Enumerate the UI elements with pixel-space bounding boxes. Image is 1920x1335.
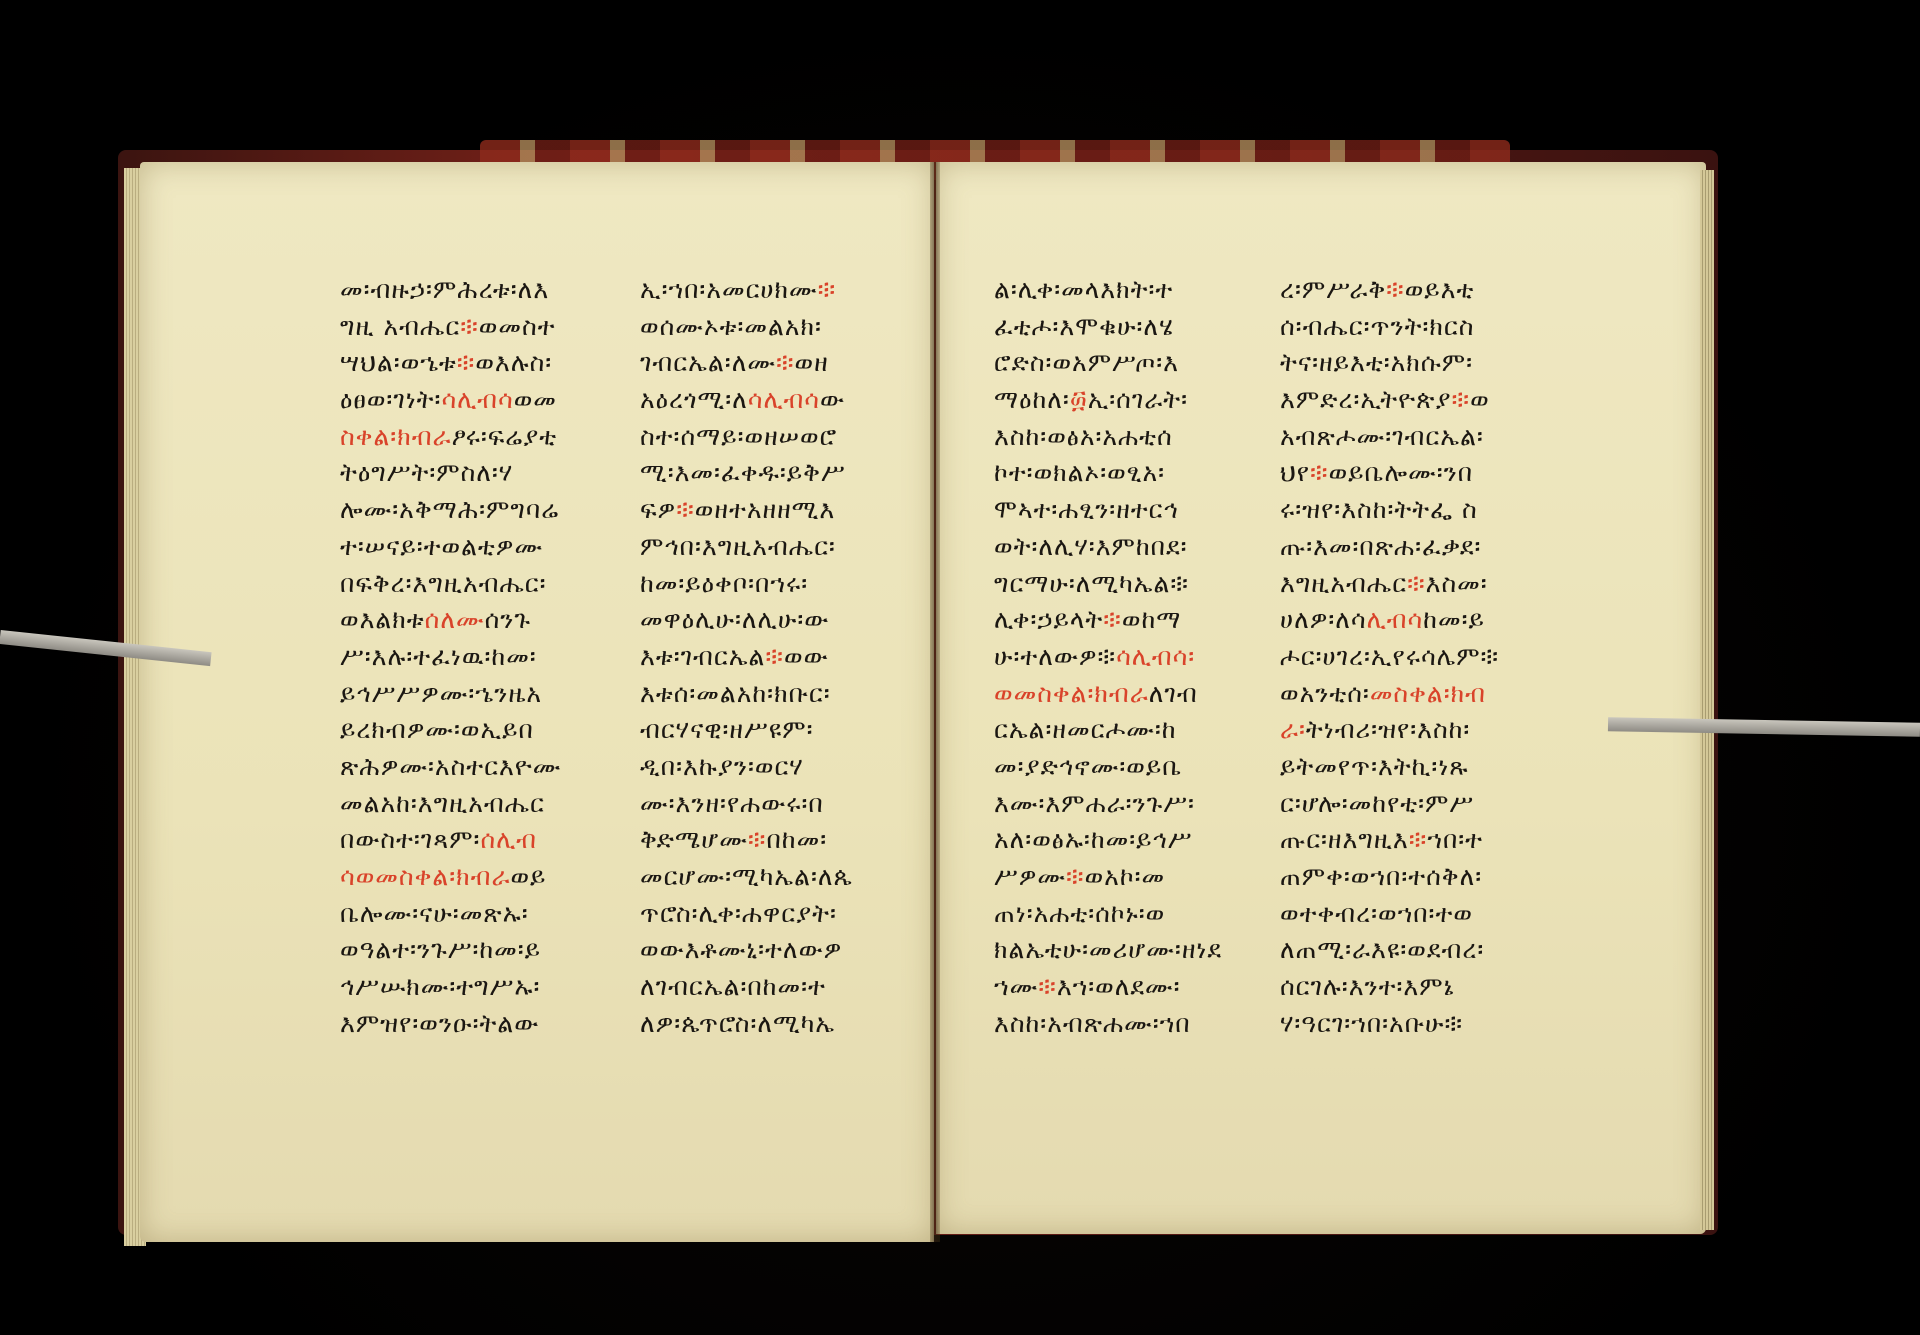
rubric-text: ፨: [676, 495, 695, 524]
line-text: በውስተ፡ገጻም፡: [340, 825, 480, 854]
manuscript-line: ገብርኤል፡ለሙ፨ወዘ: [640, 345, 853, 382]
manuscript-line: ሰርገሉ፡እንተ፡እምኔ: [1280, 969, 1499, 1006]
line-text: ስተ፡ሰማይ፡ወዘሠወሮ: [640, 422, 837, 451]
manuscript-line: ኀሙ፨እኀ፡ወለደሙ፡: [994, 969, 1222, 1006]
manuscript-line: ኅሥሡክሙ፡ተግሥኡ፡: [340, 969, 561, 1006]
line-text: ሰ፡ብሔር፡ጥንት፡ክርስ: [1280, 312, 1474, 341]
rubric-text: ሰለሙ: [425, 605, 485, 634]
line-text: እኀ፡ወለደሙ፡: [1057, 972, 1181, 1001]
rubric-text: ፨: [1103, 605, 1122, 634]
line-text: እቱ፡ገብርኤል: [640, 642, 765, 671]
line-text: ሃ፡ዓርገ፡ኀበ፡አቡሁ፨: [1280, 1009, 1463, 1038]
rubric-text: ወመስቀል፡ክብራ: [994, 679, 1149, 708]
line-text: ወይ: [510, 862, 546, 891]
line-text: ኮተ፡ወክልኦ፡ወፂአ፡: [994, 458, 1165, 487]
line-text: እቱሰ፡መልአከ፡ክቡር፡: [640, 679, 831, 708]
line-text: አለ፡ወፅኡ፡ከመ፡ይኅሥ: [994, 825, 1193, 854]
manuscript-line: ረ፡ምሥራቅ፨ወይእቲ: [1280, 272, 1499, 309]
manuscript-line: ሮድስ፡ወአምሥጦ፡እ: [994, 345, 1222, 382]
rubric-text: ፨: [1407, 569, 1426, 598]
manuscript-line: ጡር፡ዘእግዚእ፨ኀበ፡ተ: [1280, 822, 1499, 859]
rubric-text: ፨: [818, 275, 837, 304]
rubric-text: ፨: [1310, 458, 1329, 487]
line-text: ወውእቶሙኒ፡ተለውዎ: [640, 935, 842, 964]
line-text: ወት፡ለሊሃ፡እምከበደ፡: [994, 532, 1188, 561]
rubric-text: ፨: [1038, 972, 1057, 1001]
line-text: ወአንቲሰ፡: [1280, 679, 1370, 708]
manuscript-line: መ፡ብዙኃ፡ምሕረቱ፡ለእ: [340, 272, 561, 309]
line-text: መዋዕሊሁ፡ለሊሁ፡ው: [640, 605, 829, 634]
line-text: ግዚ አብሔር: [340, 312, 460, 341]
manuscript-line: እቱሰ፡መልአከ፡ክቡር፡: [640, 676, 853, 713]
rubric-text: ሰሊብ: [480, 825, 537, 854]
line-text: እምድረ፡ኢትዮጵያ: [1280, 385, 1452, 414]
line-text: ወእልክቱ: [340, 605, 425, 634]
manuscript-line: ብርሃናዊ፡ዘሥዩም፡: [640, 712, 853, 749]
line-text: ለጠሚ፡ራእዩ፡ወደብረ፡: [1280, 935, 1484, 964]
line-text: ወ: [1470, 385, 1490, 414]
manuscript-line: መልአከ፡እግዚአብሔር: [340, 786, 561, 823]
manuscript-line: ሳወመስቀል፡ክብራወይ: [340, 859, 561, 896]
line-text: ሙ፡እንዘ፡የሐውሩ፡በ: [640, 789, 824, 818]
line-text: ወዘተአዘዘሚእ: [695, 495, 835, 524]
line-text: እግዚአብሔር: [1280, 569, 1407, 598]
manuscript-line: ስተ፡ሰማይ፡ወዘሠወሮ: [640, 419, 853, 456]
line-text: ግርማሁ፡ለሚካኤል፨: [994, 569, 1189, 598]
line-text: ሩ፡ዝየ፡እስከ፡ትትፌ ስ: [1280, 495, 1478, 524]
line-text: ወአኮ፡መ: [1085, 862, 1166, 891]
line-text: እስከ፡ወፅአ፡አሐቲሰ: [994, 422, 1173, 451]
line-text: ወተቀብረ፡ወኀበ፡ተወ: [1280, 899, 1473, 928]
manuscript-line: ሙ፡እንዘ፡የሐውሩ፡በ: [640, 786, 853, 823]
manuscript-line: ኮተ፡ወክልኦ፡ወፂአ፡: [994, 455, 1222, 492]
rubric-text: ራ፡: [1280, 715, 1306, 744]
manuscript-line: ጠምቀ፡ወኀበ፡ተሰቅለ፡: [1280, 859, 1499, 896]
manuscript-line: ግርማሁ፡ለሚካኤል፨: [994, 566, 1222, 603]
manuscript-line: ለገብርኤል፡በከመ፡ተ: [640, 969, 853, 1006]
manuscript-line: ቅድሜሆሙ፨በከመ፡: [640, 822, 853, 859]
line-text: ጠነ፡አሐቲ፡ሰኮኑ፡ወ: [994, 899, 1165, 928]
manuscript-line: እምዝየ፡ወንዑ፡ትልው: [340, 1006, 561, 1043]
manuscript-line: ይኅሥሥዎሙ፡ኄንዜአ: [340, 676, 561, 713]
line-text: ወመ: [514, 385, 557, 414]
line-text: መልአከ፡እግዚአብሔር: [340, 789, 545, 818]
line-text: ተ፡ሠናይ፡ተወልቲዎሙ: [340, 532, 543, 561]
manuscript-line: ግዚ አብሔር፨ወመስተ: [340, 309, 561, 346]
line-text: ወዘ: [795, 348, 829, 377]
rubric-text: ፨: [1066, 862, 1085, 891]
manuscript-line: ለጠሚ፡ራእዩ፡ወደብረ፡: [1280, 932, 1499, 969]
line-text: ገብርኤል፡ለሙ: [640, 348, 776, 377]
text-column-2: ኢ፡ኀበ፡አመርሀክሙ፨ወሰሙኦቱ፡መልአክ፡ገብርኤል፡ለሙ፨ወዘአዕረጎሚ፡…: [640, 272, 853, 1042]
manuscript-line: አለ፡ወፅኡ፡ከመ፡ይኅሥ: [994, 822, 1222, 859]
manuscript-line: ወሰሙኦቱ፡መልአክ፡: [640, 309, 853, 346]
line-text: ሥ፡እሉ፡ተፈነዉ፡ከመ፡: [340, 642, 537, 671]
line-text: ቅድሜሆሙ: [640, 825, 748, 854]
line-text: ጥሮስ፡ሊቀ፡ሐዋርያት፡: [640, 899, 837, 928]
rubric-text: ፨: [1452, 385, 1471, 414]
line-text: ትና፡ዘይእቲ፡አክሱም፡: [1280, 348, 1473, 377]
line-text: ወው: [784, 642, 829, 671]
manuscript-line: ሁ፡ተለውዎ፨ሳሊብሳ፡: [994, 639, 1222, 676]
manuscript-line: ማዕከለ፡፴ኢ፡ሰገራት፡: [994, 382, 1222, 419]
manuscript-line: ወት፡ለሊሃ፡እምከበደ፡: [994, 529, 1222, 566]
manuscript-line: ወውእቶሙኒ፡ተለውዎ: [640, 932, 853, 969]
rubric-text: መስቀል፡ክብ: [1370, 679, 1486, 708]
line-text: ሖር፡ሀገረ፡ኢየሩሳሌም፨: [1280, 642, 1499, 671]
manuscript-line: ወዓልተ፡ንጉሥ፡ከመ፡ይ: [340, 932, 561, 969]
manuscript-line: መዋዕሊሁ፡ለሊሁ፡ው: [640, 602, 853, 639]
line-text: ቤሎሙ፡ናሁ፡መጽኡ፡: [340, 899, 529, 928]
line-text: ሊቀ፡ኃይላት: [994, 605, 1103, 634]
line-text: እሙ፡እምሐራ፡ንጉሥ፡: [994, 789, 1195, 818]
manuscript-line: ሚ፡እመ፡ፈቀዱ፡ይቅሥ: [640, 455, 853, 492]
text-column-3: ል፡ሊቀ፡መላእክት፡ተፈቲሖ፡እሞቁሁ፡ለሄሮድስ፡ወአምሥጦ፡እማዕከለ፡፴…: [994, 272, 1222, 1042]
line-text: ምኅበ፡እግዚአብሔር፡: [640, 532, 836, 561]
line-text: መርሆሙ፡ሚካኤል፡ለጴ: [640, 862, 853, 891]
rubric-text: ፨: [776, 348, 795, 377]
line-text: ወዓልተ፡ንጉሥ፡ከመ፡ይ: [340, 935, 541, 964]
line-text: ው: [820, 385, 845, 414]
line-text: ሀለዎ፡ለሳ: [1280, 605, 1367, 634]
manuscript-line: ሞኣተ፡ሐፂን፡ዘተርኅ: [994, 492, 1222, 529]
text-column-4: ረ፡ምሥራቅ፨ወይእቲሰ፡ብሔር፡ጥንት፡ክርስትና፡ዘይእቲ፡አክሱም፡እምድ…: [1280, 272, 1499, 1042]
book-gutter: [930, 162, 940, 1242]
manuscript-line: ጡ፡እመ፡በጽሐ፡ፈቃደ፡: [1280, 529, 1499, 566]
manuscript-line: ወመስቀል፡ክብራለገብ: [994, 676, 1222, 713]
line-text: ሮድስ፡ወአምሥጦ፡እ: [994, 348, 1179, 377]
manuscript-line: እስከ፡አብጽሐሙ፡ኀበ: [994, 1006, 1222, 1043]
line-text: ይትመየጥ፡እትኪ፡ነጹ: [1280, 752, 1469, 781]
manuscript-line: ምኅበ፡እግዚአብሔር፡: [640, 529, 853, 566]
line-text: ትዕግሥት፡ምስለ፡ሃ: [340, 458, 513, 487]
manuscript-line: ሥ፡እሉ፡ተፈነዉ፡ከመ፡: [340, 639, 561, 676]
line-text: ር፡ሆሎ፡መከየቲ፡ምሥ: [1280, 789, 1474, 818]
line-text: ሰንጉ: [485, 605, 531, 634]
manuscript-line: ሥዎሙ፨ወአኮ፡መ: [994, 859, 1222, 896]
manuscript-line: ወእልክቱሰለሙሰንጉ: [340, 602, 561, 639]
manuscript-line: ሃ፡ዓርገ፡ኀበ፡አቡሁ፨: [1280, 1006, 1499, 1043]
manuscript-line: ተ፡ሠናይ፡ተወልቲዎሙ: [340, 529, 561, 566]
manuscript-line: ስቀል፡ክብራፆሩ፡ፍሬያቲ: [340, 419, 561, 456]
rubric-text: ሊብሳ: [1367, 605, 1424, 634]
rubric-text: ሳሊብሳ፡: [1116, 642, 1195, 671]
manuscript-line: ፍዎ፨ወዘተአዘዘሚእ: [640, 492, 853, 529]
manuscript-line: መርሆሙ፡ሚካኤል፡ለጴ: [640, 859, 853, 896]
line-text: ኢ፡ኀበ፡አመርሀክሙ: [640, 275, 818, 304]
manuscript-line: ል፡ሊቀ፡መላእክት፡ተ: [994, 272, 1222, 309]
rubric-text: ፨: [1386, 275, 1405, 304]
manuscript-line: ህየ፨ወይቤሎሙ፡ንበ: [1280, 455, 1499, 492]
rubric-text: ሳሊብሳ: [748, 385, 820, 414]
manuscript-line: ሎሙ፡አቅማሕ፡ምግባሬ: [340, 492, 561, 529]
manuscript-line: ዕፀወ፡ገነት፡ሳሊብሳወመ: [340, 382, 561, 419]
rubric-text: ፴: [1070, 385, 1088, 414]
manuscript-line: ወአንቲሰ፡መስቀል፡ክብ: [1280, 676, 1499, 713]
line-text: ይረክብዎሙ፡ወኢይበ: [340, 715, 534, 744]
line-text: ሥዎሙ: [994, 862, 1066, 891]
manuscript-line: እቱ፡ገብርኤል፨ወው: [640, 639, 853, 676]
manuscript-line: ጥሮስ፡ሊቀ፡ሐዋርያት፡: [640, 896, 853, 933]
line-text: ወይቤሎሙ፡ንበ: [1329, 458, 1474, 487]
manuscript-line: ይረክብዎሙ፡ወኢይበ: [340, 712, 561, 749]
manuscript-line: አዕረጎሚ፡ለሳሊብሳው: [640, 382, 853, 419]
line-text: ወይእቲ: [1405, 275, 1475, 304]
manuscript-line: መ፡ያድኅኖሙ፡ወይቤ: [994, 749, 1222, 786]
line-text: ህየ: [1280, 458, 1310, 487]
manuscript-line: ራ፡ትነብሪ፡ዝየ፡እስከ፡: [1280, 712, 1499, 749]
line-text: ሁ፡ተለውዎ፨: [994, 642, 1116, 671]
manuscript-line: እስከ፡ወፅአ፡አሐቲሰ: [994, 419, 1222, 456]
line-text: ወከማ: [1122, 605, 1181, 634]
manuscript-line: ጠነ፡አሐቲ፡ሰኮኑ፡ወ: [994, 896, 1222, 933]
line-text: አብጽሖሙ፡ገብርኤል፡: [1280, 422, 1484, 451]
manuscript-line: ለዎ፡ጴጥሮስ፡ለሚካኤ: [640, 1006, 853, 1043]
text-column-1: መ፡ብዙኃ፡ምሕረቱ፡ለእግዚ አብሔር፨ወመስተሣህል፡ወኄቱ፨ወእሉስ፡ዕፀ…: [340, 272, 561, 1042]
line-text: ሞኣተ፡ሐፂን፡ዘተርኅ: [994, 495, 1179, 524]
line-text: ፍዎ: [640, 495, 676, 524]
manuscript-line: ጽሕዎሙ፡አስተርእዮሙ: [340, 749, 561, 786]
line-text: ይኅሥሥዎሙ፡ኄንዜአ: [340, 679, 542, 708]
line-text: አዕረጎሚ፡ለ: [640, 385, 748, 414]
line-text: ከመ፡ይዕቀቦ፡በኀሩ፡: [640, 569, 808, 598]
line-text: ሚ፡እመ፡ፈቀዱ፡ይቅሥ: [640, 458, 846, 487]
line-text: ሣህል፡ወኄቱ: [340, 348, 457, 377]
line-text: ጡ፡እመ፡በጽሐ፡ፈቃደ፡: [1280, 532, 1481, 561]
line-text: ረ፡ምሥራቅ: [1280, 275, 1386, 304]
manuscript-line: ሩ፡ዝየ፡እስከ፡ትትፌ ስ: [1280, 492, 1499, 529]
manuscript-line: ሣህል፡ወኄቱ፨ወእሉስ፡: [340, 345, 561, 382]
manuscript-line: ሰ፡ብሔር፡ጥንት፡ክርስ: [1280, 309, 1499, 346]
manuscript-line: ከመ፡ይዕቀቦ፡በኀሩ፡: [640, 566, 853, 603]
line-text: ጠምቀ፡ወኀበ፡ተሰቅለ፡: [1280, 862, 1482, 891]
line-text: መ፡ያድኅኖሙ፡ወይቤ: [994, 752, 1182, 781]
manuscript-line: ወተቀብረ፡ወኀበ፡ተወ: [1280, 896, 1499, 933]
line-text: ወእሉስ፡: [475, 348, 552, 377]
line-text: ለዎ፡ጴጥሮስ፡ለሚካኤ: [640, 1009, 835, 1038]
line-text: ከመ፡ይ: [1423, 605, 1485, 634]
manuscript-line: ትዕግሥት፡ምስለ፡ሃ: [340, 455, 561, 492]
manuscript-line: ዲበ፡እኩያን፡ወርሃ: [640, 749, 853, 786]
rubric-text: ፨: [1409, 825, 1428, 854]
line-text: ለገብ: [1149, 679, 1198, 708]
rubric-text: ሳወመስቀል፡ክብራ: [340, 862, 510, 891]
line-text: ርኤል፡ዘመርሖሙ፡ከ: [994, 715, 1177, 744]
line-text: ኢ፡ሰገራት፡: [1088, 385, 1188, 414]
manuscript-line: በፍቅረ፡እግዚአብሔር፡: [340, 566, 561, 603]
line-text: ብርሃናዊ፡ዘሥዩም፡: [640, 715, 814, 744]
line-text: እስመ፡: [1426, 569, 1488, 598]
line-text: ኀበ፡ተ: [1427, 825, 1483, 854]
rubric-text: ስቀል፡ክብራ: [340, 422, 452, 451]
rubric-text: ፨: [460, 312, 479, 341]
manuscript-line: ክልኤቲሁ፡መሪሆሙ፡ዘነደ: [994, 932, 1222, 969]
line-text: ሎሙ፡አቅማሕ፡ምግባሬ: [340, 495, 559, 524]
line-text: ወሰሙኦቱ፡መልአክ፡: [640, 312, 822, 341]
line-text: ጡር፡ዘእግዚእ: [1280, 825, 1409, 854]
line-text: ማዕከለ፡: [994, 385, 1070, 414]
manuscript-line: በውስተ፡ገጻም፡ሰሊብ: [340, 822, 561, 859]
line-text: መ፡ብዙኃ፡ምሕረቱ፡ለእ: [340, 275, 549, 304]
manuscript-line: ይትመየጥ፡እትኪ፡ነጹ: [1280, 749, 1499, 786]
line-text: ዕፀወ፡ገነት፡: [340, 385, 441, 414]
line-text: እስከ፡አብጽሐሙ፡ኀበ: [994, 1009, 1191, 1038]
rubric-text: ፨: [457, 348, 476, 377]
line-text: በከመ፡: [766, 825, 827, 854]
line-text: ክልኤቲሁ፡መሪሆሙ፡ዘነደ: [994, 935, 1222, 964]
line-text: ል፡ሊቀ፡መላእክት፡ተ: [994, 275, 1173, 304]
manuscript-line: ሊቀ፡ኃይላት፨ወከማ: [994, 602, 1222, 639]
manuscript-line: እሙ፡እምሐራ፡ንጉሥ፡: [994, 786, 1222, 823]
line-text: ትነብሪ፡ዝየ፡እስከ፡: [1306, 715, 1470, 744]
manuscript-line: እግዚአብሔር፨እስመ፡: [1280, 566, 1499, 603]
rubric-text: ፨: [765, 642, 784, 671]
line-text: ለገብርኤል፡በከመ፡ተ: [640, 972, 826, 1001]
manuscript-line: ርኤል፡ዘመርሖሙ፡ከ: [994, 712, 1222, 749]
line-text: ፈቲሖ፡እሞቁሁ፡ለሄ: [994, 312, 1174, 341]
line-text: በፍቅረ፡እግዚአብሔር፡: [340, 569, 547, 598]
manuscript-line: እምድረ፡ኢትዮጵያ፨ወ: [1280, 382, 1499, 419]
line-text: ወመስተ: [479, 312, 556, 341]
line-text: ጽሕዎሙ፡አስተርእዮሙ: [340, 752, 561, 781]
line-text: ዲበ፡እኩያን፡ወርሃ: [640, 752, 804, 781]
manuscript-line: ፈቲሖ፡እሞቁሁ፡ለሄ: [994, 309, 1222, 346]
manuscript-line: ሖር፡ሀገረ፡ኢየሩሳሌም፨: [1280, 639, 1499, 676]
line-text: ፆሩ፡ፍሬያቲ: [452, 422, 558, 451]
manuscript-line: ሀለዎ፡ለሳሊብሳከመ፡ይ: [1280, 602, 1499, 639]
rubric-text: ሳሊብሳ: [441, 385, 513, 414]
manuscript-line: ትና፡ዘይእቲ፡አክሱም፡: [1280, 345, 1499, 382]
line-text: እምዝየ፡ወንዑ፡ትልው: [340, 1009, 539, 1038]
line-text: ኀሙ: [994, 972, 1038, 1001]
manuscript-line: ር፡ሆሎ፡መከየቲ፡ምሥ: [1280, 786, 1499, 823]
line-text: ሰርገሉ፡እንተ፡እምኔ: [1280, 972, 1454, 1001]
line-text: ኅሥሡክሙ፡ተግሥኡ፡: [340, 972, 540, 1001]
page-stack-right: [1700, 170, 1714, 1230]
manuscript-line: ኢ፡ኀበ፡አመርሀክሙ፨: [640, 272, 853, 309]
manuscript-line: ቤሎሙ፡ናሁ፡መጽኡ፡: [340, 896, 561, 933]
manuscript-line: አብጽሖሙ፡ገብርኤል፡: [1280, 419, 1499, 456]
rubric-text: ፨: [748, 825, 767, 854]
